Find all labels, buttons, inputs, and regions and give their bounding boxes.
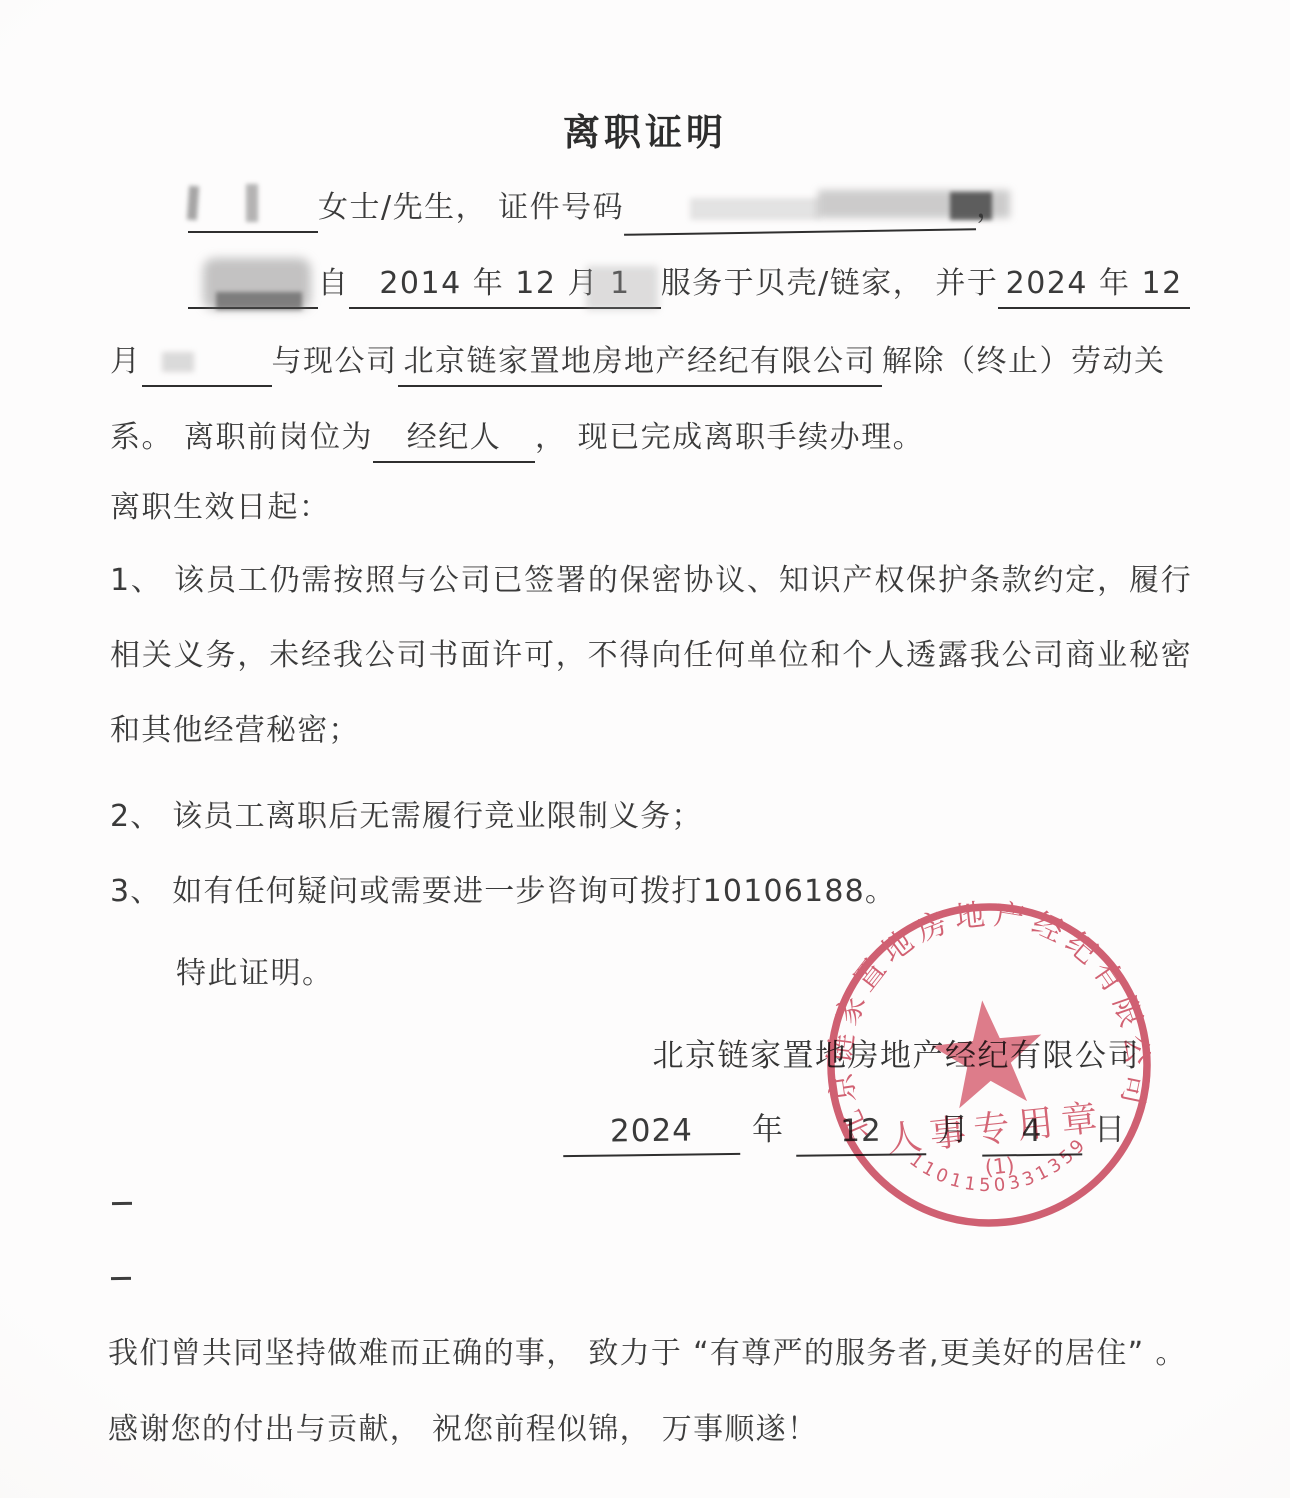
document-title: 离职证明 bbox=[0, 102, 1290, 156]
line1-comma: ， bbox=[976, 182, 1008, 233]
line2-middle: 服务于贝壳/链家， 并于 bbox=[661, 258, 999, 309]
name-blank-underline-2 bbox=[188, 302, 318, 309]
date-year-fill: 2024 bbox=[563, 1112, 741, 1157]
line3-with-company: 与现公司 bbox=[272, 336, 398, 387]
seal-star bbox=[927, 995, 1048, 1111]
clause-1: 1、 该员工仍需按照与公司已签署的保密协议、知识产权保护条款约定，履行相关义务，… bbox=[110, 543, 1192, 768]
scan-dash-mark bbox=[111, 1277, 131, 1280]
start-date-fill: 2014 年 12 月 1 bbox=[349, 258, 660, 309]
line-effective: 离职生效日起： bbox=[110, 482, 1190, 533]
seal-graphic: 北京链家置地房地产经纪有限公司 人事专用章 (1) 1101150331359 bbox=[820, 896, 1158, 1234]
effective-label: 离职生效日起： bbox=[110, 482, 331, 533]
footer-line-2: 感谢您的付出与贡献， 祝您前程似锦， 万事顺遂！ bbox=[108, 1404, 818, 1448]
name-blank-underline bbox=[188, 226, 318, 233]
clause-2: 2、 该员工离职后无需履行竞业限制义务； bbox=[110, 779, 1192, 854]
line4-tail: ， 现已完成离职手续办理。 bbox=[535, 412, 924, 463]
line-service-dates: 自 2014 年 12 月 1 服务于贝壳/链家， 并于 2024 年 12 bbox=[110, 258, 1190, 309]
id-number-blank-underline bbox=[624, 223, 976, 236]
end-date-fill: 2024 年 12 bbox=[998, 258, 1190, 309]
line3-yue: 月 bbox=[110, 336, 142, 387]
line3-tail: 解除（终止）劳动关 bbox=[882, 336, 1166, 387]
position-fill: 经纪人 bbox=[373, 412, 535, 463]
line2-zi: 自 bbox=[318, 258, 350, 309]
line1-text: 女士/先生， 证件号码 bbox=[318, 182, 624, 233]
year-label: 年 bbox=[740, 1104, 796, 1156]
scanned-document-page: 离职证明 女士/先生， 证件号码 ， 自 2014 年 12 月 1 服务于贝壳… bbox=[0, 0, 1290, 1498]
scan-dash-mark bbox=[112, 1202, 132, 1205]
line-name-id: 女士/先生， 证件号码 ， bbox=[110, 182, 1190, 233]
line4-head: 系。 离职前岗位为 bbox=[110, 412, 373, 463]
closing-statement: 特此证明。 bbox=[176, 948, 334, 992]
company-seal-stamp: 北京链家置地房地产经纪有限公司 人事专用章 (1) 1101150331359 bbox=[820, 896, 1158, 1234]
day-blank-underline bbox=[142, 380, 272, 387]
line-company-termination: 月 与现公司 北京链家置地房地产经纪有限公司 解除（终止）劳动关 bbox=[110, 336, 1190, 387]
line-position: 系。 离职前岗位为 经纪人 ， 现已完成离职手续办理。 bbox=[110, 412, 1190, 463]
company-name-fill: 北京链家置地房地产经纪有限公司 bbox=[398, 336, 883, 387]
footer-line-1: 我们曾共同坚持做难而正确的事， 致力于 “有尊严的服务者,更美好的居住” 。 bbox=[108, 1328, 1187, 1372]
